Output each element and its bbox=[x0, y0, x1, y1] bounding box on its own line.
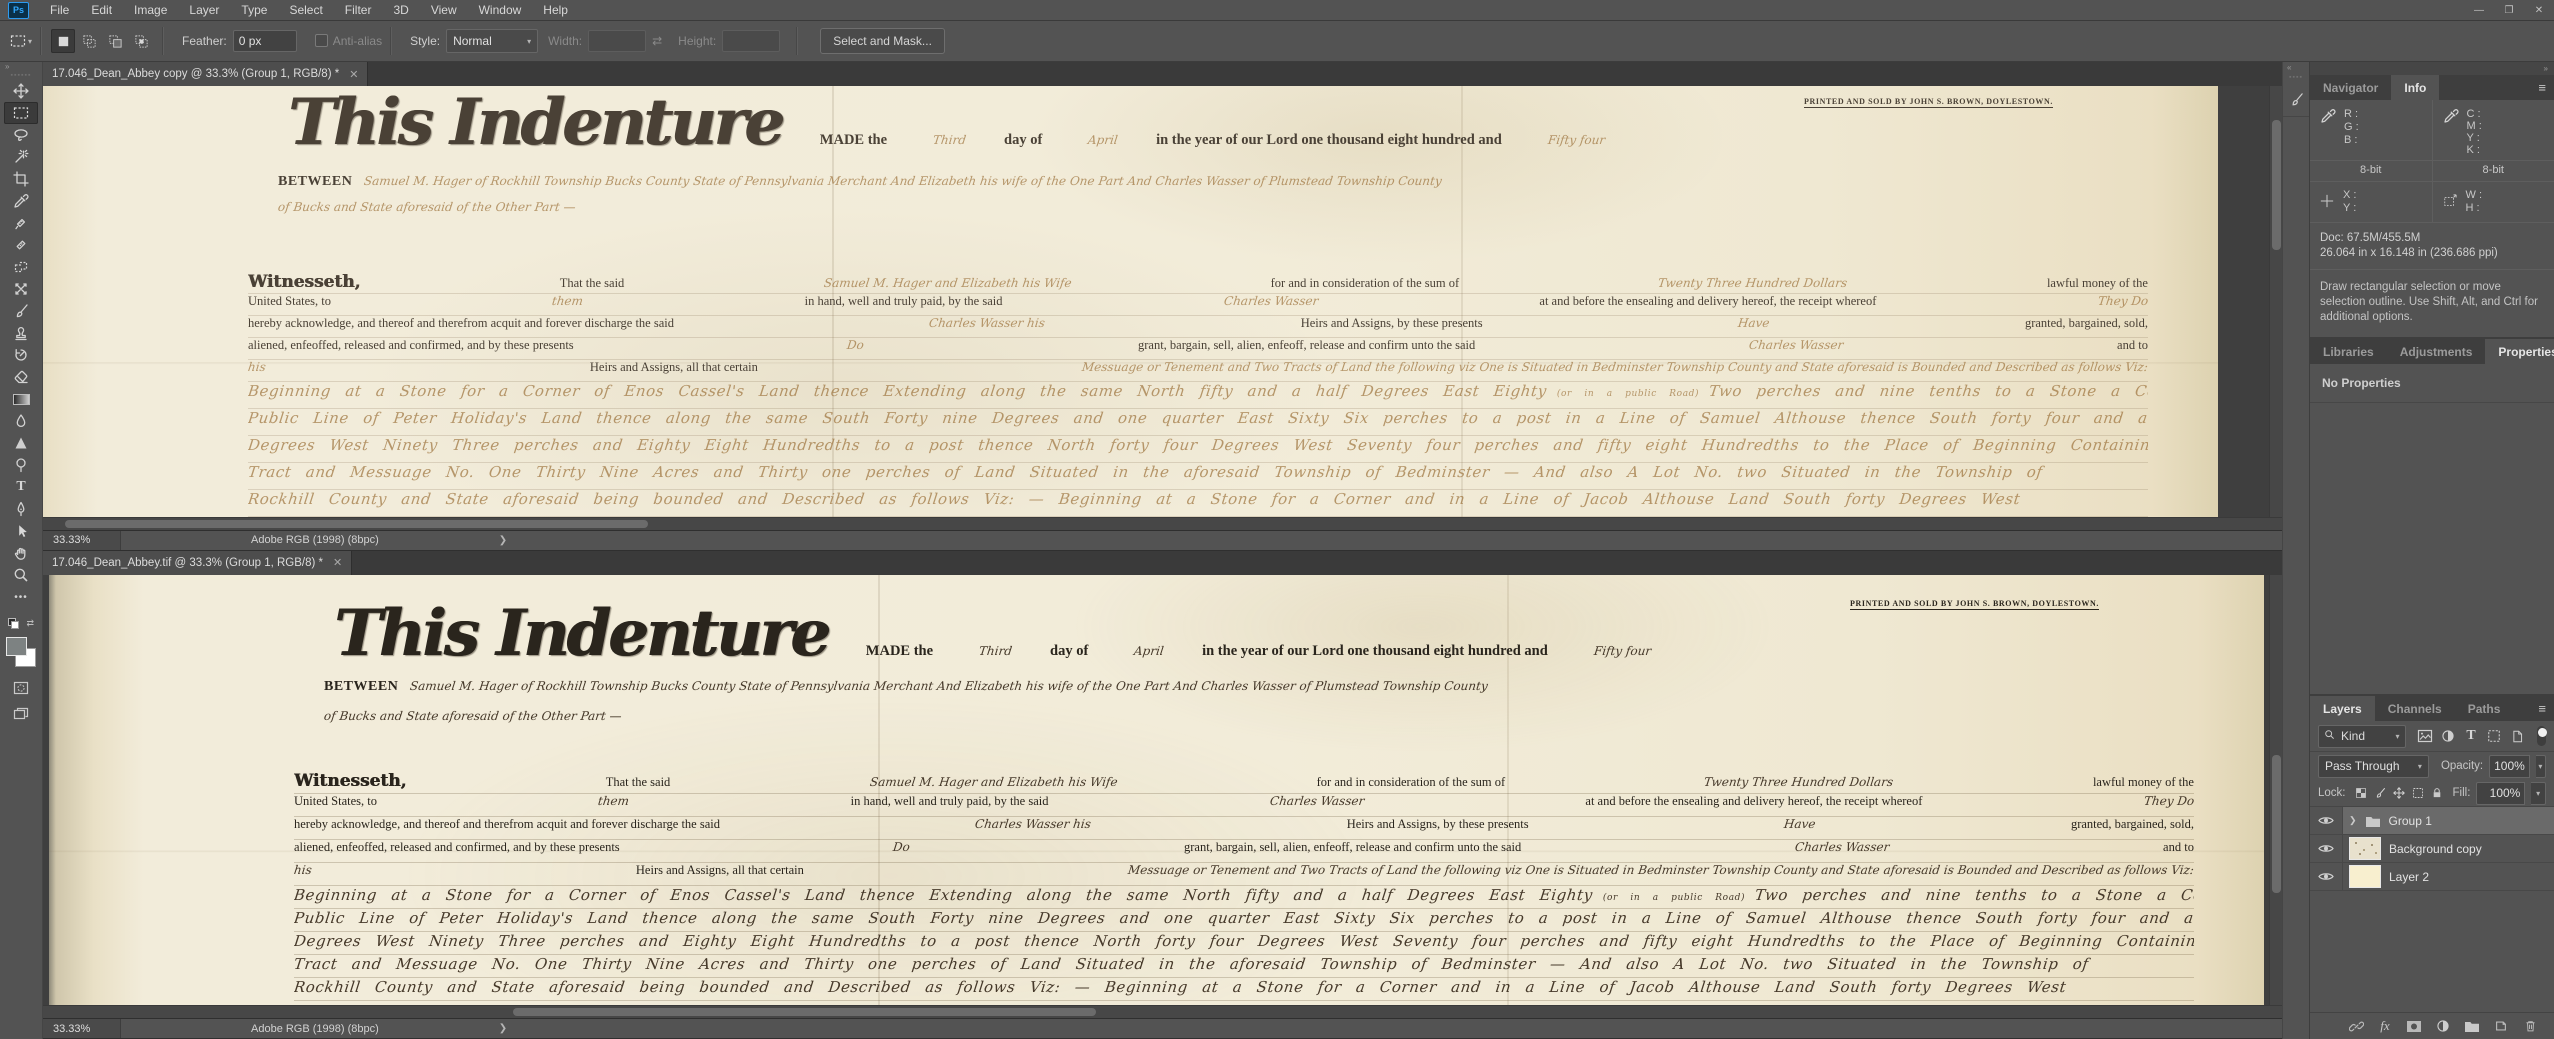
printed-text: grant, bargain, sell, alien, enfeoff, re… bbox=[1138, 338, 1475, 353]
eyedropper-icon bbox=[2443, 108, 2459, 156]
menu-select[interactable]: Select bbox=[278, 0, 333, 20]
deed-between-line: BETWEENSamuel M. Hager of Rockhill Towns… bbox=[324, 679, 2194, 695]
layer-row[interactable]: Background copy bbox=[2310, 835, 2554, 863]
mask-button[interactable] bbox=[2404, 1020, 2424, 1033]
handwritten-text: Tract and Messuage No. One Thirty Nine A… bbox=[294, 955, 2090, 973]
layer-name[interactable]: Background copy bbox=[2389, 842, 2482, 856]
printed-text: BETWEEN bbox=[324, 679, 398, 695]
divider bbox=[390, 27, 392, 55]
menu-3d[interactable]: 3D bbox=[382, 0, 419, 20]
printed-text: lawful money of the bbox=[2047, 276, 2148, 291]
handwritten-text: Third bbox=[932, 133, 967, 147]
tool-hint-text: Draw rectangular selection or move selec… bbox=[2310, 270, 2554, 335]
filter-image-icon[interactable] bbox=[2414, 726, 2437, 747]
printed-text: Heirs and Assigns, by these presents bbox=[1301, 316, 1483, 331]
menu-view[interactable]: View bbox=[420, 0, 468, 20]
handwritten-text: Messuage or Tenement and Two Tracts of L… bbox=[1127, 863, 2194, 877]
photoshop-window: Ps FileEditImageLayerTypeSelectFilter3DV… bbox=[0, 0, 2554, 1039]
menu-filter[interactable]: Filter bbox=[334, 0, 383, 20]
deed-between-line: BETWEENSamuel M. Hager of Rockhill Towns… bbox=[278, 174, 2148, 190]
horizontal-scrollbar[interactable] bbox=[43, 1005, 2283, 1018]
document-tab-bar: 17.046_Dean_Abbey.tif @ 33.3% (Group 1, … bbox=[43, 551, 2283, 575]
magic-wand-tool[interactable] bbox=[4, 146, 38, 168]
select-and-mask-button[interactable]: Select and Mask... bbox=[820, 28, 945, 54]
divider bbox=[162, 27, 164, 55]
lock-move-icon[interactable] bbox=[2390, 787, 2409, 799]
group-expand-chevron-icon[interactable]: ❯ bbox=[2349, 815, 2357, 826]
color-profile-label[interactable]: Adobe RGB (1998) (8bpc) bbox=[251, 1023, 379, 1035]
folder-button[interactable] bbox=[2462, 1019, 2482, 1033]
panel-tab-navigator[interactable]: Navigator bbox=[2310, 75, 2391, 100]
filter-halfcircle-icon[interactable] bbox=[2437, 726, 2460, 747]
document-status-bar: 33.33% Adobe RGB (1998) (8bpc) ❯ bbox=[43, 1018, 2283, 1038]
dodge-tool[interactable] bbox=[4, 454, 38, 476]
cmyk-readout: C :M :Y :K : bbox=[2432, 100, 2554, 160]
vertical-scrollbar[interactable] bbox=[2269, 575, 2283, 1006]
deed-line: hisHeirs and Assigns, all that certainMe… bbox=[294, 863, 2194, 886]
antialias-label: Anti-alias bbox=[333, 34, 382, 48]
deed-title: This Indenture bbox=[288, 88, 782, 158]
deed-between-line2: of Bucks and State aforesaid of the Othe… bbox=[324, 709, 2194, 723]
restore-window-button[interactable]: ❐ bbox=[2494, 0, 2524, 20]
menu-bar: Ps FileEditImageLayerTypeSelectFilter3DV… bbox=[0, 0, 2554, 21]
healing-brush-tool[interactable] bbox=[4, 234, 38, 256]
history-brush-tool[interactable] bbox=[4, 344, 38, 366]
layer-filter-kind-dropdown[interactable]: Kind ▾ bbox=[2318, 725, 2406, 748]
printed-text: in hand, well and truly paid, by the sai… bbox=[805, 294, 1003, 309]
readout-label: Y : bbox=[2343, 202, 2356, 215]
strip-grip[interactable]: ▪▪▪▪ bbox=[2283, 74, 2309, 82]
printed-text: hereby acknowledge, and thereof and ther… bbox=[248, 316, 674, 331]
style-value: Normal bbox=[453, 34, 492, 48]
handwritten-text: April bbox=[1087, 133, 1118, 147]
feather-label: Feather: bbox=[182, 34, 227, 48]
photoshop-logo-icon: Ps bbox=[8, 2, 29, 19]
handwritten-text: Beginning at a Stone for a Corner of Eno… bbox=[248, 382, 1548, 400]
opacity-label: Opacity: bbox=[2441, 760, 2483, 772]
search-icon bbox=[2324, 729, 2335, 743]
divider bbox=[40, 27, 42, 55]
deed-title: This Indenture bbox=[334, 599, 828, 669]
handwritten-text: Charles Wasser bbox=[1748, 338, 1844, 352]
filter-smartobj-icon[interactable] bbox=[2506, 726, 2529, 747]
document-dimensions: 26.064 in x 16.148 in (236.686 ppi) bbox=[2320, 246, 2544, 261]
readout-label: H : bbox=[2466, 202, 2483, 215]
handwritten-text: They Do bbox=[2143, 794, 2194, 808]
deed-line: Public Line of Peter Holiday's Land then… bbox=[294, 909, 2194, 932]
layer-row[interactable]: ❯Group 1 bbox=[2310, 807, 2554, 835]
chevron-down-icon: ▾ bbox=[527, 37, 531, 46]
handwritten-text: Charles Wasser bbox=[1269, 794, 1365, 808]
crosshair-icon bbox=[2320, 194, 2334, 211]
readout-label: C : bbox=[2467, 108, 2482, 120]
link-button[interactable] bbox=[2346, 1019, 2366, 1034]
zoom-level-field[interactable]: 33.33% bbox=[43, 1019, 121, 1038]
deed-line: United States, tothemin hand, well and t… bbox=[248, 294, 2148, 316]
deed-line: hereby acknowledge, and thereof and ther… bbox=[248, 316, 2148, 338]
horizontal-scrollbar-thumb[interactable] bbox=[513, 1008, 1095, 1016]
deed-line: Public Line of Peter Holiday's Land then… bbox=[248, 409, 2148, 436]
layer-visibility-eye-icon[interactable] bbox=[2310, 863, 2343, 890]
vertical-scrollbar-thumb[interactable] bbox=[2272, 120, 2281, 249]
crop-tool[interactable] bbox=[4, 168, 38, 190]
status-options-arrow-icon[interactable]: ❯ bbox=[499, 1023, 507, 1034]
handwritten-text: Public Line of Peter Holiday's Land then… bbox=[294, 909, 2194, 927]
handwritten-text: his bbox=[248, 360, 267, 374]
handwritten-text: Twenty Three Hundred Dollars bbox=[1658, 276, 1849, 290]
close-window-button[interactable]: ✕ bbox=[2524, 0, 2554, 20]
tools-panel: » ▪▪▪▪▪▪ T••• ⇄ bbox=[0, 62, 43, 1039]
menu-window[interactable]: Window bbox=[468, 0, 533, 20]
vertical-scrollbar[interactable] bbox=[2269, 86, 2283, 517]
filter-frame-icon[interactable] bbox=[2483, 726, 2506, 747]
minimize-window-button[interactable]: — bbox=[2464, 0, 2494, 20]
chevron-down-icon: ▾ bbox=[2396, 732, 2400, 741]
document-canvas[interactable]: PRINTED AND SOLD BY JOHN S. BROWN, DOYLE… bbox=[43, 86, 2283, 517]
panel-tab-layers[interactable]: Layers bbox=[2310, 696, 2375, 721]
handwritten-text: Do bbox=[847, 338, 866, 352]
readout-label: M : bbox=[2467, 120, 2482, 132]
handwritten-text: Public Line of Peter Holiday's Land then… bbox=[248, 409, 2148, 427]
handwritten-text: of Bucks and State aforesaid of the Othe… bbox=[277, 200, 576, 214]
layer-thumbnail[interactable] bbox=[2349, 865, 2381, 888]
panel-tab-paths[interactable]: Paths bbox=[2455, 696, 2514, 721]
rectangular-marquee-tool[interactable] bbox=[4, 102, 38, 124]
sharpen-tool[interactable] bbox=[4, 432, 38, 454]
handwritten-text: Degrees West Ninety Three perches and Ei… bbox=[248, 436, 2148, 454]
menu-layer[interactable]: Layer bbox=[178, 0, 230, 20]
expand-panels-icon[interactable]: « bbox=[2283, 62, 2309, 74]
status-options-arrow-icon[interactable]: ❯ bbox=[499, 535, 507, 546]
tool-options-bar: ▾ Feather: 0 px Anti-alias Style: Normal… bbox=[0, 21, 2554, 62]
handwritten-text: Degrees West Ninety Three perches and Ei… bbox=[294, 932, 2194, 950]
chevron-down-icon: ▾ bbox=[2418, 762, 2422, 771]
printed-text: for and in consideration of the sum of bbox=[1271, 276, 1460, 291]
zoom-tool[interactable] bbox=[4, 564, 38, 586]
document-window: 17.046_Dean_Abbey copy @ 33.3% (Group 1,… bbox=[43, 62, 2283, 551]
info-panel-group: NavigatorInfo≡ R :G :B : C :M :Y :K : 8-… bbox=[2310, 75, 2554, 339]
width-input[interactable] bbox=[588, 30, 646, 52]
deed-line: Degrees West Ninety Three perches and Ei… bbox=[248, 436, 2148, 463]
height-label: Height: bbox=[678, 34, 716, 48]
panel-tab-adjustments[interactable]: Adjustments bbox=[2387, 339, 2486, 364]
printed-text: at and before the ensealing and delivery… bbox=[1585, 794, 1922, 809]
handwritten-text: Charles Wasser his bbox=[929, 316, 1047, 330]
antialias-checkbox-group[interactable]: Anti-alias bbox=[315, 34, 382, 48]
handwritten-text: Samuel M. Hager and Elizabeth his Wife bbox=[823, 276, 1072, 290]
subtract-from-selection-button[interactable] bbox=[103, 29, 127, 53]
handwritten-text: Fifty four bbox=[1547, 133, 1606, 147]
menu-file[interactable]: File bbox=[39, 0, 80, 20]
deed-line: Degrees West Ninety Three perches and Ei… bbox=[294, 932, 2194, 955]
handwritten-text: They Do bbox=[2097, 294, 2148, 308]
cursor-position-readout: X :Y : bbox=[2310, 182, 2432, 222]
readout-label: G : bbox=[2344, 121, 2359, 134]
document-window: 17.046_Dean_Abbey.tif @ 33.3% (Group 1, … bbox=[43, 551, 2283, 1039]
deed-line: aliened, enfeoffed, released and confirm… bbox=[248, 338, 2148, 360]
trash-button[interactable] bbox=[2520, 1019, 2540, 1033]
panel-tab-channels[interactable]: Channels bbox=[2375, 696, 2455, 721]
layer-visibility-eye-icon[interactable] bbox=[2310, 807, 2343, 834]
move-tool[interactable] bbox=[4, 80, 38, 102]
horizontal-scrollbar[interactable] bbox=[43, 517, 2283, 530]
newlayer-button[interactable] bbox=[2491, 1019, 2511, 1033]
menu-items: FileEditImageLayerTypeSelectFilter3DView… bbox=[39, 0, 579, 20]
handwritten-text: of Bucks and State aforesaid of the Othe… bbox=[323, 709, 622, 723]
document-size: Doc: 67.5M/455.5M bbox=[2320, 231, 2544, 246]
printed-text: granted, bargained, sold, bbox=[2071, 817, 2194, 832]
vertical-scrollbar-thumb[interactable] bbox=[2272, 755, 2281, 893]
handwritten-text: his bbox=[294, 863, 313, 877]
zoom-level-field[interactable]: 33.33% bbox=[43, 531, 121, 550]
close-icon[interactable]: ✕ bbox=[333, 556, 342, 569]
readout-label: K : bbox=[2467, 144, 2482, 156]
handwritten-text: (or in a public Road) bbox=[1557, 389, 1699, 399]
document-area: 17.046_Dean_Abbey copy @ 33.3% (Group 1,… bbox=[43, 62, 2283, 1039]
printed-text: MADE the bbox=[866, 643, 933, 660]
layer-row[interactable]: Layer 2 bbox=[2310, 863, 2554, 891]
patch-tool[interactable] bbox=[4, 256, 38, 278]
edit-toolbar[interactable]: ••• bbox=[4, 586, 38, 608]
filter-kind-label: Kind bbox=[2341, 729, 2365, 743]
handwritten-text: Samuel M. Hager of Rockhill Township Buc… bbox=[409, 679, 1488, 693]
printed-text: and to bbox=[2117, 338, 2148, 353]
readout-label: Y : bbox=[2467, 132, 2482, 144]
handwritten-text: Samuel M. Hager of Rockhill Township Buc… bbox=[363, 174, 1442, 188]
blur-tool[interactable] bbox=[4, 410, 38, 432]
readout-label: R : bbox=[2344, 108, 2359, 121]
collapse-panels-icon[interactable]: » bbox=[2310, 62, 2554, 75]
deed-line: Rockhill County and State aforesaid bein… bbox=[248, 490, 2148, 517]
handwritten-text: Charles Wasser bbox=[1794, 840, 1890, 854]
rgb-readout: R :G :B : bbox=[2310, 100, 2432, 160]
deed-line: hisHeirs and Assigns, all that certainMe… bbox=[248, 360, 2148, 382]
opacity-caret[interactable]: ▾ bbox=[2536, 755, 2546, 778]
close-icon[interactable]: ✕ bbox=[349, 68, 358, 81]
panel-menu-icon[interactable]: ≡ bbox=[2530, 75, 2554, 100]
blend-mode-value: Pass Through bbox=[2325, 759, 2400, 773]
printed-text: in the year of our Lord one thousand eig… bbox=[1202, 643, 1548, 660]
add-to-selection-button[interactable] bbox=[77, 29, 101, 53]
lock-label: Lock: bbox=[2318, 787, 2346, 799]
style-dropdown[interactable]: Normal ▾ bbox=[446, 29, 538, 53]
handwritten-text: Samuel M. Hager and Elizabeth his Wife bbox=[869, 775, 1118, 789]
default-colors-icon[interactable] bbox=[8, 618, 19, 629]
content-aware-move-tool[interactable] bbox=[4, 278, 38, 300]
layer-visibility-eye-icon[interactable] bbox=[2310, 835, 2343, 862]
panel-tab-libraries[interactable]: Libraries bbox=[2310, 339, 2387, 364]
intersect-selection-button[interactable] bbox=[129, 29, 153, 53]
printed-text: That the said bbox=[606, 775, 671, 790]
panel-tab-info[interactable]: Info bbox=[2391, 75, 2439, 100]
hand-tool[interactable] bbox=[4, 542, 38, 564]
printed-text: Heirs and Assigns, all that certain bbox=[590, 360, 758, 375]
lock-frame-icon[interactable] bbox=[2409, 787, 2428, 799]
printed-text: in hand, well and truly paid, by the sai… bbox=[851, 794, 1049, 809]
chevron-down-icon: ▾ bbox=[28, 37, 32, 46]
deed-line: Tract and Messuage No. One Thirty Nine A… bbox=[294, 955, 2194, 978]
printed-text: That the said bbox=[560, 276, 625, 291]
printed-text: aliened, enfeoffed, released and confirm… bbox=[248, 338, 574, 353]
deed-line: United States, tothemin hand, well and t… bbox=[294, 794, 2194, 817]
layer-thumbnail[interactable] bbox=[2349, 837, 2381, 860]
printed-text: hereby acknowledge, and thereof and ther… bbox=[294, 817, 720, 832]
printed-text: and to bbox=[2163, 840, 2194, 855]
type-tool[interactable]: T bbox=[4, 476, 38, 498]
printed-text: Witnesseth, bbox=[294, 771, 406, 791]
fill-value[interactable]: 100% bbox=[2476, 782, 2525, 805]
deed-line: Beginning at a Stone for a Corner of Eno… bbox=[248, 382, 2148, 409]
rectangular-marquee-icon bbox=[10, 33, 26, 49]
panel-dock: » NavigatorInfo≡ R :G :B : C :M :Y :K : … bbox=[2310, 62, 2554, 1039]
handwritten-text: Charles Wasser bbox=[1223, 294, 1319, 308]
handwritten-text: Third bbox=[978, 644, 1013, 658]
style-label: Style: bbox=[410, 34, 440, 48]
readout-label: W : bbox=[2466, 189, 2483, 202]
document-canvas[interactable]: PRINTED AND SOLD BY JOHN S. BROWN, DOYLE… bbox=[43, 575, 2283, 1006]
printed-text: for and in consideration of the sum of bbox=[1317, 775, 1506, 790]
screen-mode-button[interactable] bbox=[4, 703, 38, 725]
deed-between-line2: of Bucks and State aforesaid of the Othe… bbox=[278, 200, 2148, 214]
deed-body: Witnesseth,That the saidSamuel M. Hager … bbox=[294, 771, 2194, 1001]
quick-mask-button[interactable] bbox=[4, 677, 38, 699]
layer-name[interactable]: Group 1 bbox=[2389, 814, 2432, 828]
printed-text: BETWEEN bbox=[278, 174, 352, 190]
clone-stamp-tool[interactable] bbox=[4, 322, 38, 344]
fx-button[interactable]: fx bbox=[2375, 1018, 2395, 1034]
antialias-checkbox[interactable] bbox=[315, 34, 328, 47]
fill-label: Fill: bbox=[2453, 787, 2471, 799]
new-selection-button[interactable] bbox=[51, 29, 75, 53]
document-tab[interactable]: 17.046_Dean_Abbey.tif @ 33.3% (Group 1, … bbox=[43, 551, 352, 575]
current-tool-preset[interactable]: ▾ bbox=[10, 33, 32, 49]
printed-text: granted, bargained, sold, bbox=[2025, 316, 2148, 331]
deed-line: Witnesseth,That the saidSamuel M. Hager … bbox=[248, 272, 2148, 294]
selection-size-readout: W :H : bbox=[2432, 182, 2554, 222]
handwritten-text: Charles Wasser his bbox=[975, 817, 1093, 831]
divider bbox=[796, 27, 798, 55]
document-status-bar: 33.33% Adobe RGB (1998) (8bpc) ❯ bbox=[43, 530, 2283, 550]
gradient-tool[interactable] bbox=[4, 388, 38, 410]
color-profile-label[interactable]: Adobe RGB (1998) (8bpc) bbox=[251, 534, 379, 546]
printed-text: MADE the bbox=[820, 132, 887, 149]
lasso-tool[interactable] bbox=[4, 124, 38, 146]
swap-dimensions-icon[interactable]: ⇄ bbox=[652, 34, 662, 48]
readout-label: B : bbox=[2344, 134, 2359, 147]
collapsed-brush-panel-button[interactable] bbox=[2283, 82, 2309, 117]
handwritten-text: Do bbox=[893, 840, 912, 854]
eraser-tool[interactable] bbox=[4, 366, 38, 388]
properties-panel-group: LibrariesAdjustmentsProperties≡ No Prope… bbox=[2310, 339, 2554, 696]
blend-mode-dropdown[interactable]: Pass Through ▾ bbox=[2318, 755, 2429, 778]
swap-colors-icon[interactable]: ⇄ bbox=[26, 618, 34, 629]
handwritten-text: them bbox=[551, 294, 584, 308]
layer-filter-toggle[interactable] bbox=[2537, 726, 2546, 746]
layers-panel-group: LayersChannelsPaths≡ Kind ▾ T Pass Throu… bbox=[2310, 696, 2554, 1039]
spot-healing-brush-tool[interactable] bbox=[4, 212, 38, 234]
height-input[interactable] bbox=[722, 30, 780, 52]
color-wells bbox=[6, 637, 36, 667]
panel-tab-properties[interactable]: Properties bbox=[2485, 339, 2554, 364]
cmyk-bit-depth[interactable]: 8-bit bbox=[2433, 161, 2554, 181]
handwritten-text: Two perches and nine tenths to a Stone a… bbox=[1754, 886, 2194, 904]
tools-grip[interactable]: ▪▪▪▪▪▪ bbox=[0, 72, 42, 80]
document-tab[interactable]: 17.046_Dean_Abbey copy @ 33.3% (Group 1,… bbox=[43, 62, 368, 86]
printed-text: Heirs and Assigns, by these presents bbox=[1347, 817, 1529, 832]
document-tab-bar: 17.046_Dean_Abbey copy @ 33.3% (Group 1,… bbox=[43, 62, 2283, 86]
document-tab-title: 17.046_Dean_Abbey copy @ 33.3% (Group 1,… bbox=[52, 68, 339, 80]
deed-line: aliened, enfeoffed, released and confirm… bbox=[294, 840, 2194, 863]
deed-line: hereby acknowledge, and thereof and ther… bbox=[294, 817, 2194, 840]
printed-text: United States, to bbox=[294, 794, 377, 809]
printed-text: United States, to bbox=[248, 294, 331, 309]
halfcircle-button[interactable] bbox=[2433, 1019, 2453, 1033]
handwritten-text: Messuage or Tenement and Two Tracts of L… bbox=[1081, 360, 2148, 374]
path-selection-tool[interactable] bbox=[4, 520, 38, 542]
handwritten-text: them bbox=[597, 794, 630, 808]
printed-text: lawful money of the bbox=[2093, 775, 2194, 790]
deed-line: Tract and Messuage No. One Thirty Nine A… bbox=[248, 463, 2148, 490]
menu-edit[interactable]: Edit bbox=[80, 0, 123, 20]
handwritten-text: Have bbox=[1783, 817, 1816, 831]
lock-padlock-icon[interactable] bbox=[2428, 787, 2447, 799]
deed-line: Witnesseth,That the saidSamuel M. Hager … bbox=[294, 771, 2194, 794]
printed-text: aliened, enfeoffed, released and confirm… bbox=[294, 840, 620, 855]
collapsed-panel-strip: « ▪▪▪▪ bbox=[2282, 62, 2310, 1039]
handwritten-text: (or in a public Road) bbox=[1603, 893, 1745, 903]
eyedropper-icon bbox=[2320, 108, 2336, 156]
handwritten-text: Fifty four bbox=[1593, 644, 1652, 658]
filter-type-icon[interactable]: T bbox=[2460, 726, 2483, 747]
deed-body: Witnesseth,That the saidSamuel M. Hager … bbox=[248, 272, 2148, 517]
handwritten-text: Tract and Messuage No. One Thirty Nine A… bbox=[248, 463, 2044, 481]
rgb-bit-depth[interactable]: 8-bit bbox=[2310, 161, 2433, 181]
handwritten-text: April bbox=[1133, 644, 1164, 658]
printed-text: day of bbox=[1004, 132, 1042, 149]
collapse-tools-icon[interactable]: » bbox=[0, 62, 42, 72]
handwritten-text: Have bbox=[1737, 316, 1770, 330]
scanned-deed-page: PRINTED AND SOLD BY JOHN S. BROWN, DOYLE… bbox=[49, 575, 2264, 1006]
panel-menu-icon[interactable]: ≡ bbox=[2530, 696, 2554, 721]
foreground-color-swatch[interactable] bbox=[6, 637, 27, 656]
feather-input[interactable]: 0 px bbox=[233, 30, 297, 52]
horizontal-scrollbar-thumb[interactable] bbox=[65, 520, 647, 528]
handwritten-text: Twenty Three Hundred Dollars bbox=[1704, 775, 1895, 789]
scanned-deed-page: PRINTED AND SOLD BY JOHN S. BROWN, DOYLE… bbox=[43, 86, 2218, 517]
menu-help[interactable]: Help bbox=[532, 0, 579, 20]
pen-tool[interactable] bbox=[4, 498, 38, 520]
fill-caret[interactable]: ▾ bbox=[2531, 782, 2546, 805]
handwritten-text: Rockhill County and State aforesaid bein… bbox=[248, 490, 2021, 508]
printed-text: in the year of our Lord one thousand eig… bbox=[1156, 132, 1502, 149]
menu-type[interactable]: Type bbox=[230, 0, 278, 20]
handwritten-text: Two perches and nine tenths to a Stone a… bbox=[1708, 382, 2148, 400]
eyedropper-tool[interactable] bbox=[4, 190, 38, 212]
window-controls: —❐✕ bbox=[2464, 0, 2554, 20]
printed-text: at and before the ensealing and delivery… bbox=[1539, 294, 1876, 309]
no-properties-message: No Properties bbox=[2310, 364, 2554, 403]
lock-brush-icon[interactable] bbox=[2371, 787, 2390, 799]
menu-image[interactable]: Image bbox=[123, 0, 178, 20]
layer-name[interactable]: Layer 2 bbox=[2389, 870, 2429, 884]
transform-box-icon bbox=[2443, 194, 2457, 211]
deed-line: Beginning at a Stone for a Corner of Eno… bbox=[294, 886, 2194, 909]
opacity-value[interactable]: 100% bbox=[2489, 755, 2530, 778]
lock-checker-icon[interactable] bbox=[2352, 787, 2371, 799]
document-tab-title: 17.046_Dean_Abbey.tif @ 33.3% (Group 1, … bbox=[52, 557, 323, 569]
brush-tool[interactable] bbox=[4, 300, 38, 322]
printed-text: Heirs and Assigns, all that certain bbox=[636, 863, 804, 878]
